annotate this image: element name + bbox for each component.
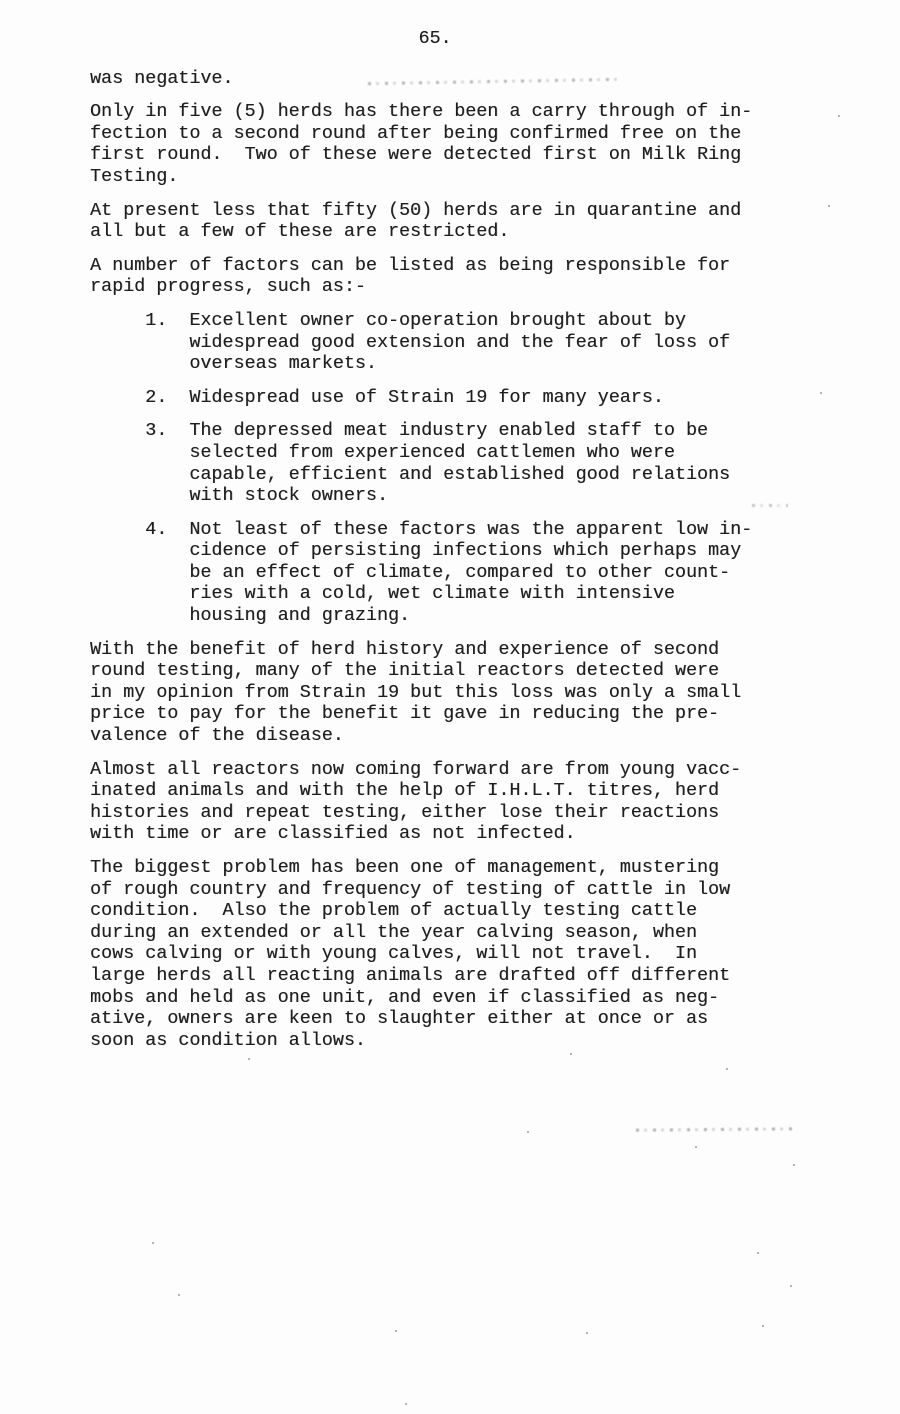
scan-speck — [152, 1242, 154, 1244]
scan-speck — [757, 1252, 759, 1254]
scan-speck — [160, 950, 162, 952]
scan-speck — [395, 1330, 397, 1332]
list-item-4: 4. Not least of these factors was the ap… — [90, 519, 780, 627]
scan-speck — [793, 1164, 795, 1166]
page-number: 65. — [90, 28, 780, 50]
scan-speck — [828, 205, 830, 207]
scan-speck — [178, 1294, 180, 1296]
scan-speck — [570, 1053, 572, 1055]
scan-speck — [405, 1403, 407, 1405]
paragraph-herd-history: With the benefit of herd history and exp… — [90, 639, 780, 747]
scan-smudge — [636, 1127, 796, 1131]
scan-smudge — [752, 504, 788, 507]
list-item-3: 3. The depressed meat industry enabled s… — [90, 420, 780, 506]
scan-speck — [790, 1285, 792, 1287]
list-item-2: 2. Widespread use of Strain 19 for many … — [90, 387, 780, 409]
paragraph-carry-through: Only in five (5) herds has there been a … — [90, 101, 780, 187]
list-item-1: 1. Excellent owner co-operation brought … — [90, 310, 780, 375]
document-page: 65. was negative. Only in five (5) herds… — [0, 0, 900, 1414]
paragraph-was-negative: was negative. — [90, 68, 780, 90]
scan-speck — [726, 1068, 728, 1070]
paragraph-reactors: Almost all reactors now coming forward a… — [90, 759, 780, 845]
scan-speck — [527, 1131, 529, 1133]
scan-speck — [838, 115, 840, 117]
paragraph-biggest-problem: The biggest problem has been one of mana… — [90, 857, 780, 1051]
paragraph-quarantine: At present less that fifty (50) herds ar… — [90, 200, 780, 243]
scan-speck — [248, 1058, 250, 1060]
scan-speck — [762, 1325, 764, 1327]
scan-speck — [820, 392, 822, 394]
paragraph-factors-intro: A number of factors can be listed as bei… — [90, 255, 780, 298]
typed-text-column: 65. was negative. Only in five (5) herds… — [90, 28, 780, 1063]
scan-speck — [586, 1332, 588, 1334]
scan-speck — [695, 1146, 697, 1148]
